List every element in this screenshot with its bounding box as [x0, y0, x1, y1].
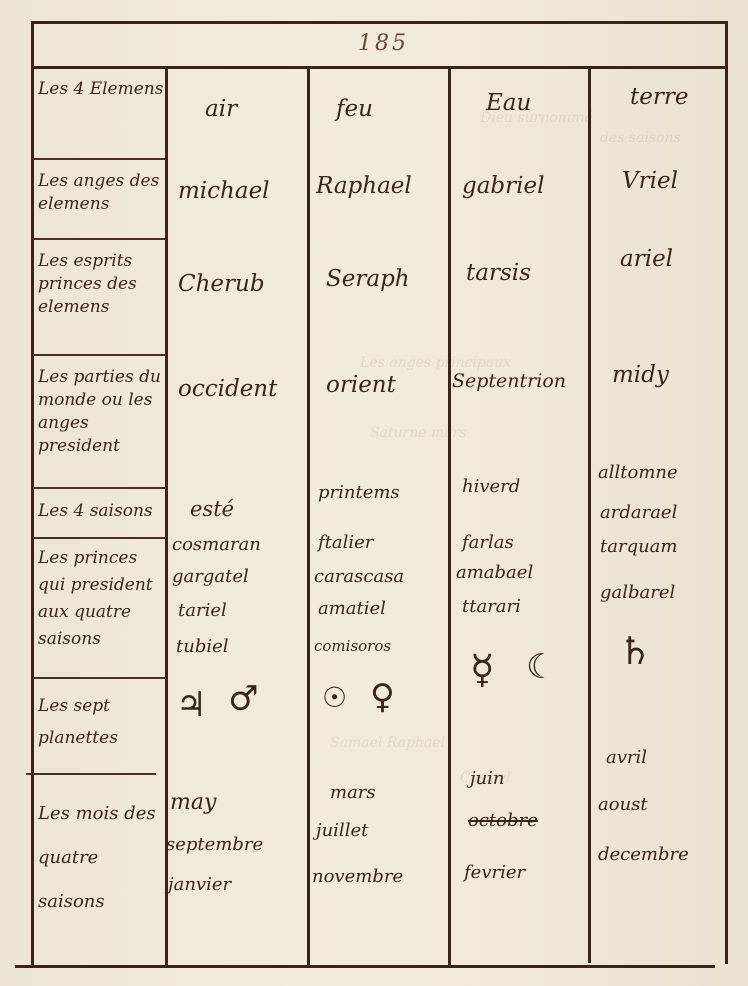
- cell-terre-prince: tarquam: [600, 534, 677, 559]
- row-label-season-princes: Les princes qui president aux quatre sai…: [38, 545, 164, 653]
- frame-left-line: [31, 21, 34, 966]
- cell-feu-month: novembre: [312, 864, 403, 889]
- header-divider-line: [33, 66, 727, 69]
- column-divider: [588, 66, 591, 963]
- cell-terre-month: decembre: [598, 842, 689, 867]
- cell-air-prince: tubiel: [176, 634, 229, 659]
- mars-icon: ♂: [228, 682, 258, 716]
- cell-air-prince: gargatel: [172, 564, 249, 589]
- saturn-icon: ♄: [618, 632, 652, 670]
- row-label-months: Les mois des quatre saisons: [38, 792, 164, 924]
- cell-air-spirit: Cherub: [178, 273, 265, 296]
- row-separator: [33, 238, 165, 240]
- cell-eau-prince: farlas: [462, 530, 514, 555]
- column-header-eau: Eau: [486, 92, 531, 115]
- page-number: 185: [358, 33, 409, 55]
- cell-eau-prince: ttarari: [462, 594, 521, 619]
- column-divider: [448, 66, 451, 965]
- cell-air-direction: occident: [178, 378, 277, 401]
- cell-feu-spirit: Seraph: [326, 268, 410, 291]
- cell-terre-season: alltomne: [598, 460, 678, 485]
- cell-terre-angel: Vriel: [622, 170, 678, 193]
- cell-feu-month: juillet: [316, 818, 368, 843]
- bleed-through-text: Saturne mars: [370, 425, 467, 441]
- frame-right-line: [725, 21, 728, 964]
- manuscript-page: Dieu surnommé des saisons Les anges prin…: [0, 0, 748, 986]
- venus-icon: ♀: [370, 680, 395, 714]
- cell-feu-prince: amatiel: [318, 596, 386, 621]
- row-separator: [33, 354, 165, 356]
- cell-feu-month: mars: [330, 780, 376, 805]
- cell-terre-prince: galbarel: [600, 580, 675, 605]
- bleed-through-text: Samael Raphael: [330, 735, 445, 751]
- cell-eau-month: juin: [470, 766, 505, 791]
- cell-eau-angel: gabriel: [462, 175, 544, 198]
- jupiter-icon: ♃: [176, 688, 206, 722]
- row-label-world-parts: Les parties du monde ou les anges presid…: [38, 366, 164, 458]
- cell-air-angel: michael: [178, 180, 270, 203]
- row-separator: [33, 537, 165, 539]
- cell-air-month: janvier: [168, 872, 231, 897]
- cell-feu-prince: carascasa: [314, 564, 404, 589]
- frame-bottom-line: [15, 965, 715, 968]
- cell-terre-month: avril: [606, 745, 647, 770]
- cell-eau-prince: amabael: [456, 560, 533, 585]
- cell-air-season: esté: [190, 497, 234, 522]
- cell-eau-spirit: tarsis: [466, 262, 531, 285]
- cell-feu-season: printems: [318, 480, 400, 505]
- cell-feu-prince: comisoros: [314, 634, 391, 659]
- bleed-through-text: Les anges principaux: [360, 355, 511, 371]
- cell-feu-direction: orient: [326, 374, 396, 397]
- moon-icon: ☾: [526, 650, 556, 684]
- frame-top-line: [33, 21, 727, 24]
- cell-eau-month: fevrier: [464, 860, 525, 885]
- column-header-air: air: [205, 98, 237, 121]
- cell-eau-month: octobre: [468, 808, 538, 833]
- column-divider: [307, 66, 310, 965]
- bleed-through-text: des saisons: [600, 130, 681, 146]
- cell-terre-spirit: ariel: [620, 248, 673, 271]
- row-label-angels: Les anges des elemens: [38, 170, 164, 216]
- row-separator: [33, 677, 165, 679]
- cell-terre-direction: midy: [612, 364, 669, 387]
- column-header-terre: terre: [630, 86, 688, 109]
- row-label-spirits: Les esprits princes des elemens: [38, 250, 164, 319]
- cell-air-prince: tariel: [178, 598, 227, 623]
- row-label-planets: Les sept planettes: [38, 690, 164, 754]
- cell-feu-prince: ftalier: [318, 530, 373, 555]
- row-label-seasons: Les 4 saisons: [38, 500, 164, 523]
- cell-terre-prince: ardarael: [600, 500, 677, 525]
- cell-air-prince: cosmaran: [172, 532, 261, 557]
- sun-icon: ☉: [322, 684, 347, 712]
- row-separator: [33, 158, 165, 160]
- mercury-icon: ☿: [470, 650, 495, 690]
- cell-air-month: may: [170, 790, 216, 815]
- cell-eau-season: hiverd: [462, 474, 520, 499]
- row-label-elements: Les 4 Elemens: [38, 78, 164, 101]
- cell-terre-month: aoust: [598, 792, 648, 817]
- row-separator: [26, 773, 156, 775]
- column-divider: [165, 66, 168, 965]
- cell-feu-angel: Raphael: [316, 175, 412, 198]
- column-header-feu: feu: [336, 98, 373, 121]
- cell-eau-direction: Septentrion: [452, 372, 566, 391]
- row-separator: [33, 487, 165, 489]
- cell-air-month: septembre: [166, 832, 263, 857]
